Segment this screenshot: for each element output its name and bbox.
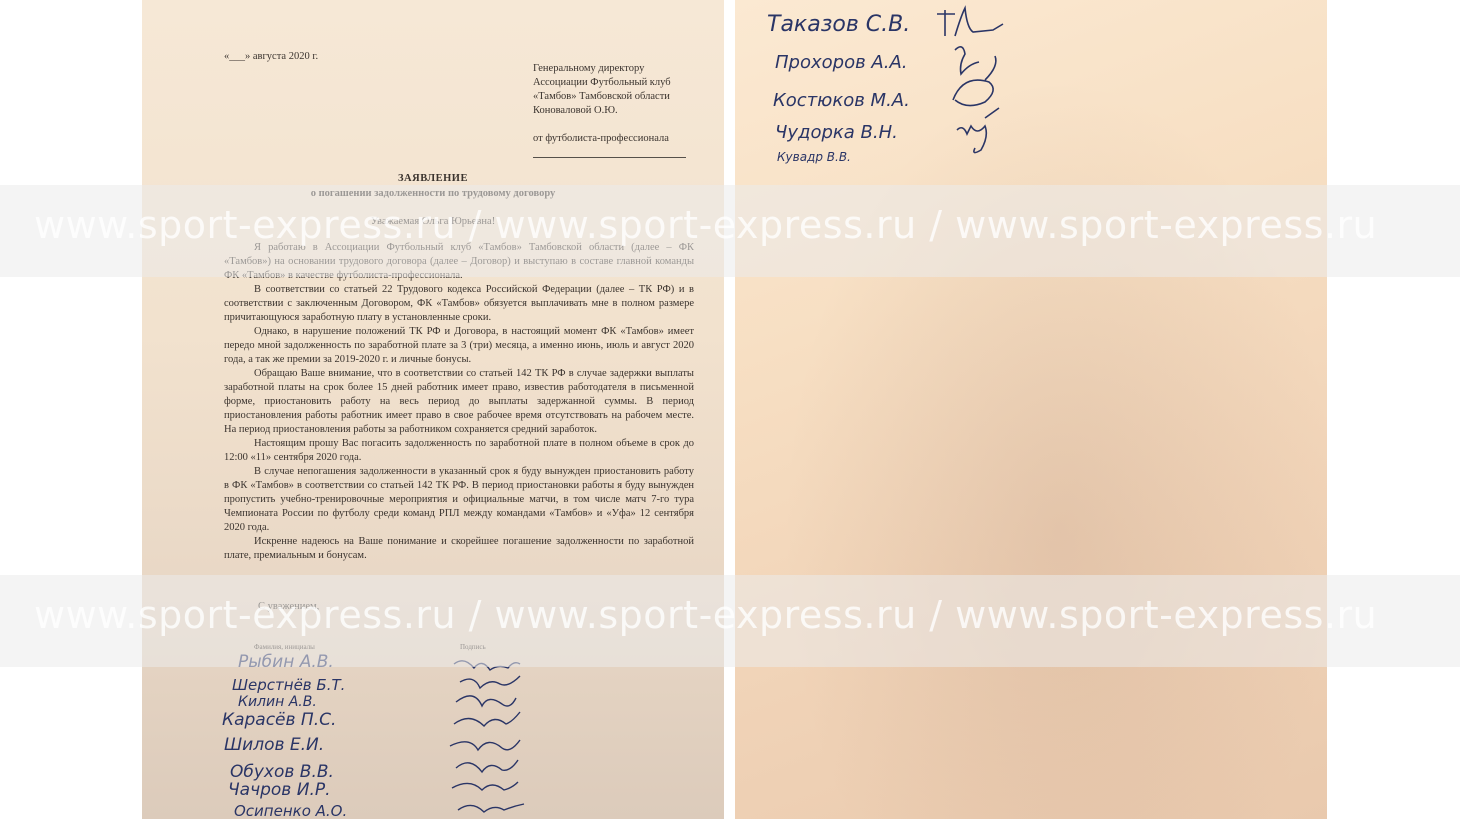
body-paragraph: Настоящим прошу Вас погасить задолженнос… xyxy=(224,437,694,465)
handwritten-name: Обухов В.В. xyxy=(230,762,334,782)
addressee-line: Коноваловой О.Ю. xyxy=(533,104,703,118)
body-paragraph: В соответствии со статьей 22 Трудового к… xyxy=(224,283,694,325)
handwritten-name: Осипенко А.О. xyxy=(234,802,347,819)
handwritten-name: Килин А.В. xyxy=(238,694,317,710)
handwritten-name: Кувадр В.В. xyxy=(777,150,851,164)
handwritten-name: Костюков М.А. xyxy=(773,90,910,111)
body-paragraph: Обращаю Ваше внимание, что в соответстви… xyxy=(224,367,694,437)
left-document-page: «___» августа 2020 г. Генеральному дирек… xyxy=(142,0,724,819)
handwritten-name: Чачров И.Р. xyxy=(228,780,331,800)
addressee-block: Генеральному директору Ассоциации Футбол… xyxy=(533,62,703,118)
date-line: «___» августа 2020 г. xyxy=(224,50,318,64)
handwritten-name: Карасёв П.С. xyxy=(222,710,336,730)
from-underline xyxy=(533,157,686,158)
handwritten-name: Шилов Е.И. xyxy=(224,735,324,755)
signatures-scribble xyxy=(905,0,1035,170)
right-document-page: Таказов С.В. Прохоров А.А. Костюков М.А.… xyxy=(735,0,1327,819)
handwritten-name: Чудорка В.Н. xyxy=(775,122,898,143)
handwritten-name: Прохоров А.А. xyxy=(775,52,907,73)
addressee-line: Ассоциации Футбольный клуб xyxy=(533,76,703,90)
watermark-band: www.sport-express.ru / www.sport-express… xyxy=(0,185,1460,277)
handwritten-name: Шерстнёв Б.Т. xyxy=(232,676,345,694)
body-paragraph: Искренне надеюсь на Ваше понимание и ско… xyxy=(224,535,694,563)
watermark-band: www.sport-express.ru / www.sport-express… xyxy=(0,575,1460,667)
addressee-line: «Тамбов» Тамбовской области xyxy=(533,90,703,104)
signatures-scribble xyxy=(432,650,532,819)
document-title: ЗАЯВЛЕНИЕ xyxy=(142,172,724,186)
addressee-line: Генеральному директору xyxy=(533,62,703,76)
from-line: от футболиста-профессионала xyxy=(533,132,669,146)
body-paragraph: В случае непогашения задолженности в ука… xyxy=(224,465,694,535)
handwritten-name: Таказов С.В. xyxy=(767,12,910,37)
watermark-text: www.sport-express.ru / www.sport-express… xyxy=(34,593,1377,637)
body-paragraph: Однако, в нарушение положений ТК РФ и До… xyxy=(224,325,694,367)
watermark-text: www.sport-express.ru / www.sport-express… xyxy=(34,203,1377,247)
document-body: Я работаю в Ассоциации Футбольный клуб «… xyxy=(224,241,694,563)
